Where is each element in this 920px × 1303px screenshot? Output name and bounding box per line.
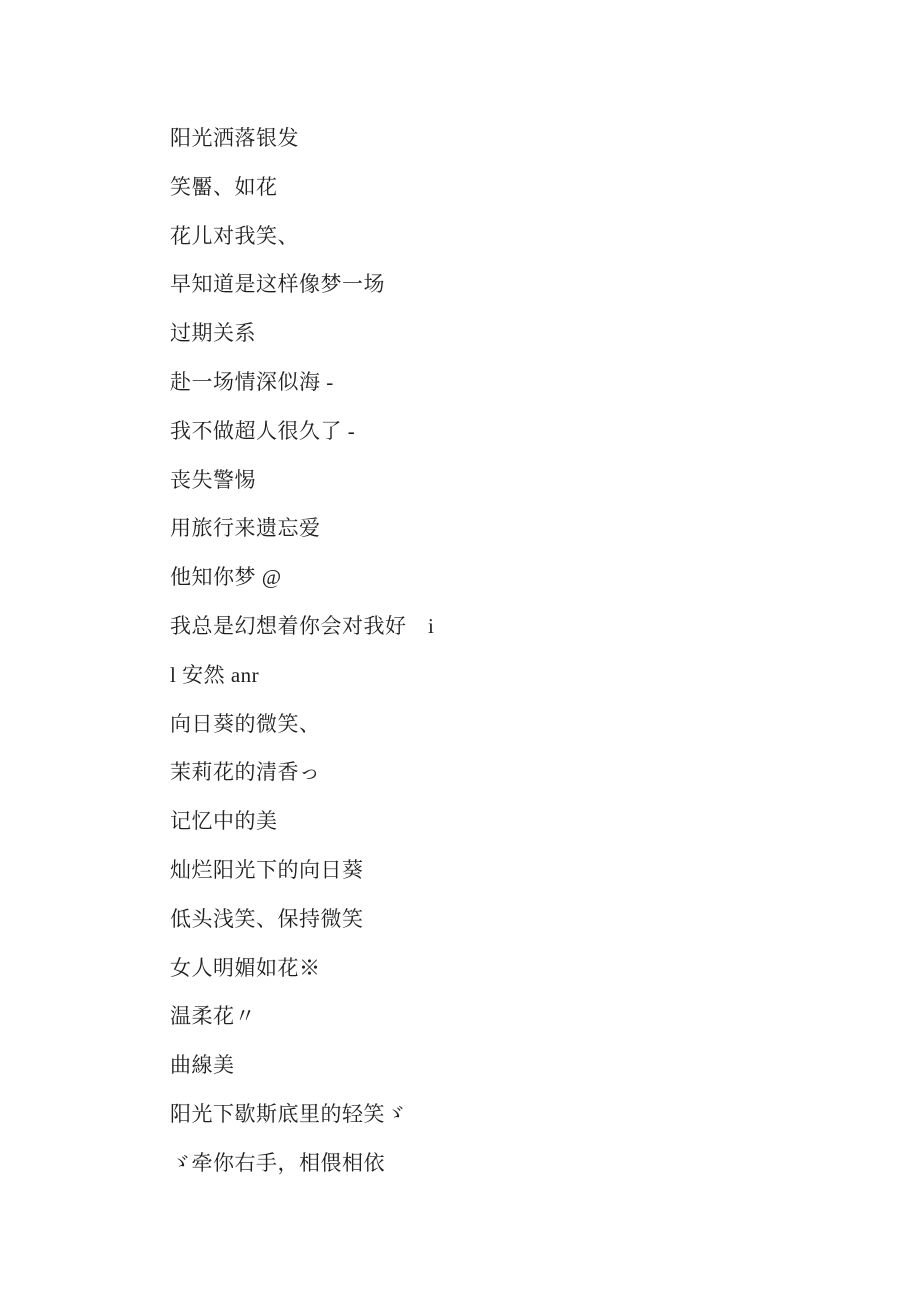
text-line: 我不做超人很久了 - <box>170 407 840 456</box>
text-line: 笑靨、如花 <box>170 163 840 212</box>
text-line: 用旅行来遗忘爱 <box>170 504 840 553</box>
text-line: 我总是幻想着你会对我好 i <box>170 602 840 651</box>
text-line: 阳光洒落银发 <box>170 114 840 163</box>
text-line: 记忆中的美 <box>170 797 840 846</box>
text-line: 丧失警惕 <box>170 456 840 505</box>
text-line: 早知道是这样像梦一场 <box>170 260 840 309</box>
text-line: 阳光下歇斯底里的轻笑ゞ <box>170 1090 840 1139</box>
text-line: 女人明媚如花※ <box>170 944 840 993</box>
text-line: 花儿对我笑、 <box>170 212 840 261</box>
text-line: 过期关系 <box>170 309 840 358</box>
text-line: 茉莉花的清香っ <box>170 748 840 797</box>
text-line: 温柔花〃 <box>170 992 840 1041</box>
document-page: 阳光洒落银发 笑靨、如花 花儿对我笑、 早知道是这样像梦一场 过期关系 赴一场情… <box>0 0 920 1303</box>
text-line: 低头浅笑、保持微笑 <box>170 895 840 944</box>
text-line: 他知你梦 @ <box>170 553 840 602</box>
text-line: 曲線美 <box>170 1041 840 1090</box>
text-line: 向日葵的微笑、 <box>170 700 840 749</box>
text-line: 赴一场情深似海 - <box>170 358 840 407</box>
text-line: 灿烂阳光下的向日葵 <box>170 846 840 895</box>
text-line: l 安然 anr <box>170 651 840 700</box>
text-line: ゞ牵你右手，相偎相依 <box>170 1139 840 1188</box>
